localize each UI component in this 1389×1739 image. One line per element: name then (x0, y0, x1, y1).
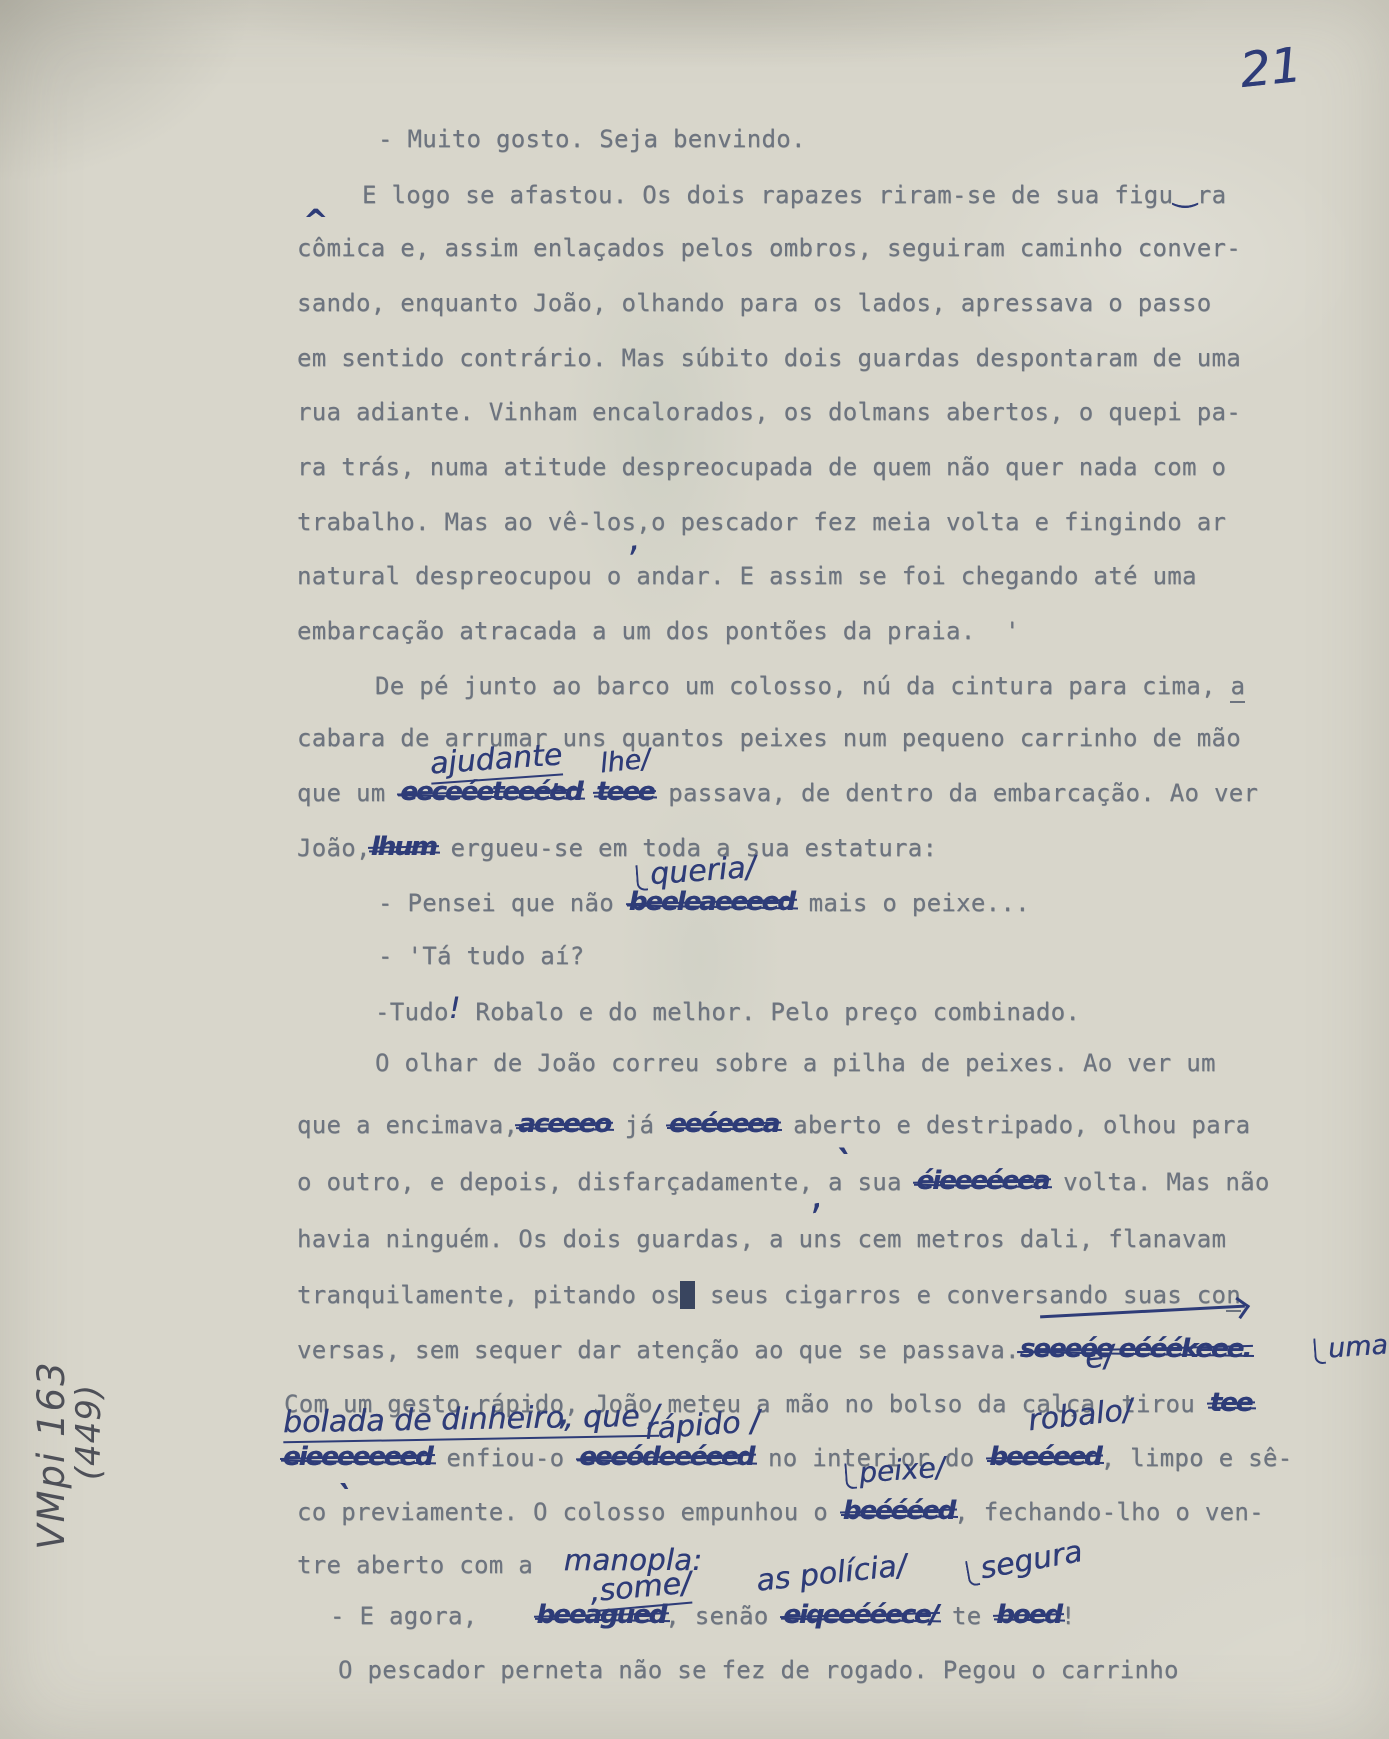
typed-line: sando, enquanto João, olhando para os la… (297, 286, 1211, 320)
handwritten-annotation: lhe∕ (599, 745, 652, 778)
handwritten-annotation: e∕ (1084, 1341, 1115, 1375)
ink-scribble-strikethrough: boed (996, 1600, 1061, 1630)
handwritten-annotation: as polícia∕ (755, 1550, 908, 1597)
typed-line: tranquilamente, pitando osz seus cigarro… (297, 1278, 1241, 1312)
typed-line: - Pensei que não beeleaeeeed mais o peix… (378, 886, 1030, 920)
typed-text: tirou (1121, 1390, 1210, 1418)
typed-text: natural despreocupou o andar. E assim se… (297, 562, 1197, 590)
ink-scribble-strikethrough: eeéeeea (669, 1109, 778, 1139)
typed-text: O olhar de João correu sobre a pilha de … (375, 1049, 1216, 1077)
typed-line: embarcação atracada a um dos pontões da … (297, 614, 1020, 648)
typed-text: , senão (665, 1602, 783, 1630)
handwritten-annotation: bolada de dinheiro, que ∕ (283, 1401, 660, 1443)
handwritten-page-number: 21 (1237, 37, 1304, 99)
typed-text: - 'Tá tudo aí? (378, 942, 585, 970)
typed-line: rua adiante. Vinham encalorados, os dolm… (297, 395, 1241, 429)
typed-line: De pé junto ao barco um colosso, nú da c… (375, 669, 1245, 703)
typed-text: Robalo e do melhor. Pelo preço combinado… (461, 998, 1080, 1026)
typed-text: cômica e, assim enlaçados pelos ombros, … (297, 234, 1241, 262)
typed-line: cômica e, assim enlaçados pelos ombros, … (297, 231, 1241, 265)
manuscript-page: 21 VMpi 163 (449) - Muito gosto. Seja be… (0, 0, 1389, 1739)
typed-line: havia ninguém. Os dois guardas, a uns ce… (297, 1222, 1226, 1256)
ink-scribble-strikethrough: beéééed (843, 1496, 954, 1526)
ink-scribble-strikethrough: eieeeeeeed (283, 1442, 432, 1472)
typed-text: - Muito gosto. Seja benvindo. (378, 125, 806, 153)
typed-line: E logo se afastou. Os dois rapazes riram… (362, 176, 1226, 212)
typed-text: mais o peixe... (794, 889, 1030, 917)
typed-line: - 'Tá tudo aí? (378, 939, 585, 973)
typed-text: que um (297, 779, 400, 807)
ink-scribble-strikethrough: eeeódeeéeed (579, 1442, 753, 1472)
typed-text: sando, enquanto João, olhando para os la… (297, 289, 1211, 317)
typed-line: - Muito gosto. Seja benvindo. (378, 122, 806, 156)
typed-underlined-text: a (1230, 672, 1245, 703)
typed-text: versas, sem sequer dar atenção ao que se… (297, 1336, 1020, 1364)
typed-text: ! (1061, 1602, 1076, 1630)
typed-line: O pescador perneta não se fez de rogado.… (338, 1653, 1179, 1687)
margin-note-line: (449) (69, 1324, 109, 1586)
handwritten-annotation: ` (834, 1146, 852, 1184)
inked-out-character: z (680, 1281, 695, 1309)
typed-text: tre aberto com a (297, 1551, 548, 1579)
typed-text: volta. Mas não (1048, 1168, 1269, 1196)
typed-text: -Tudo (375, 998, 449, 1026)
typed-text: seus cigarros e conversando suas co (695, 1281, 1226, 1309)
typed-line: trabalho. Mas ao vê-los,o pescador fez m… (297, 505, 1226, 539)
handwritten-annotation: uma (1313, 1331, 1389, 1364)
typed-text: embarcação atracada a um dos pontões da … (297, 617, 1020, 645)
handwritten-annotation: rápido ∕ (644, 1406, 761, 1445)
typed-line: o outro, e depois, disfarçadamente, a su… (297, 1165, 1270, 1199)
typed-line: co previamente. O colosso empunhou o beé… (297, 1495, 1264, 1529)
typed-text: enfiou-o (432, 1444, 580, 1472)
typed-line: O olhar de João correu sobre a pilha de … (375, 1046, 1216, 1080)
typed-text: ra (1197, 181, 1227, 209)
handwritten-annotation: queria∕ (635, 852, 757, 892)
typed-line: João,lhum ergueu-se em toda a sua estatu… (297, 831, 937, 865)
handwritten-annotation: ` (336, 1482, 352, 1516)
ink-scribble-strikethrough: tee (1210, 1388, 1252, 1418)
typed-line: ra trás, numa atitude despreocupada de q… (297, 450, 1226, 484)
ink-scribble-strikethrough: teee (596, 777, 653, 807)
handwritten-annotation: , (552, 762, 562, 794)
handwritten-annotation: robalo∕ (1027, 1395, 1135, 1437)
typed-text: rua adiante. Vinham encalorados, os dolm… (297, 398, 1241, 426)
typed-text: havia ninguém. Os dois guardas, a uns ce… (297, 1225, 1226, 1253)
ink-scribble-strikethrough: lhum (371, 832, 436, 862)
typed-text: De pé junto ao barco um colosso, nú da c… (375, 672, 1230, 700)
typed-text: em sentido contrário. Mas súbito dois gu… (297, 344, 1241, 372)
typed-text: - Pensei que não (378, 889, 629, 917)
ink-scribble-strikethrough: beeéeed (989, 1442, 1100, 1472)
ink-scribble-strikethrough: eiqeeééece∕ (783, 1600, 937, 1630)
handwritten-annotation: ^ (303, 206, 328, 238)
typed-text: , limpo e sê- (1101, 1444, 1293, 1472)
typed-text: O pescador perneta não se fez de rogado.… (338, 1656, 1179, 1684)
typed-line: em sentido contrário. Mas súbito dois gu… (297, 341, 1241, 375)
margin-catalog-note: VMpi 163 (449) (30, 1324, 116, 1586)
ink-scribble-strikethrough: aceeeo (518, 1109, 610, 1139)
typed-text: , fechando-lho o ven- (954, 1498, 1264, 1526)
typed-text: E logo se afastou. Os dois rapazes riram… (362, 181, 1173, 209)
typed-text: já (610, 1111, 669, 1139)
typed-text: trabalho. Mas ao vê-los,o pescador fez m… (297, 508, 1226, 536)
typed-text: ra trás, numa atitude despreocupada de q… (297, 453, 1226, 481)
typed-text: o outro, e depois, disfarçadamente, a su… (297, 1168, 916, 1196)
typed-text: que a encimava, (297, 1111, 518, 1139)
typed-line: natural despreocupou o andar. E assim se… (297, 559, 1197, 593)
typed-line: -Tudo! Robalo e do melhor. Pelo preço co… (375, 993, 1080, 1029)
ink-scribble-strikethrough: éieeeéeea (916, 1166, 1048, 1196)
ink-scribble-strikethrough: seeeée eééékeee. (1020, 1334, 1250, 1364)
typed-line: eieeeeeeed enfiou-o eeeódeeéeed no inter… (283, 1441, 1292, 1475)
handwritten-annotation: segura (964, 1536, 1085, 1587)
handwritten-insertion: ! (449, 991, 461, 1025)
typed-text: aberto e destripado, olhou para (778, 1111, 1250, 1139)
typed-line: - E agora, beeagued, senão eiqeeééece∕ t… (330, 1599, 1076, 1633)
typed-text: te (937, 1602, 996, 1630)
handwritten-annotation: peixe∕ (844, 1453, 946, 1490)
typed-text: passava, de dentro da embarcação. Ao ver (654, 779, 1259, 807)
typed-text: - E agora, (330, 1602, 537, 1630)
typed-text: João, (297, 834, 371, 862)
typed-line: que a encimava,aceeeo já eeéeeea aberto … (297, 1108, 1250, 1142)
margin-note-line: VMpi 163 (30, 1324, 73, 1586)
handwritten-insertion: ‿ (1173, 174, 1197, 208)
typed-text: tranquilamente, pitando os (297, 1281, 680, 1309)
typed-text: co previamente. O colosso empunhou o (297, 1498, 843, 1526)
